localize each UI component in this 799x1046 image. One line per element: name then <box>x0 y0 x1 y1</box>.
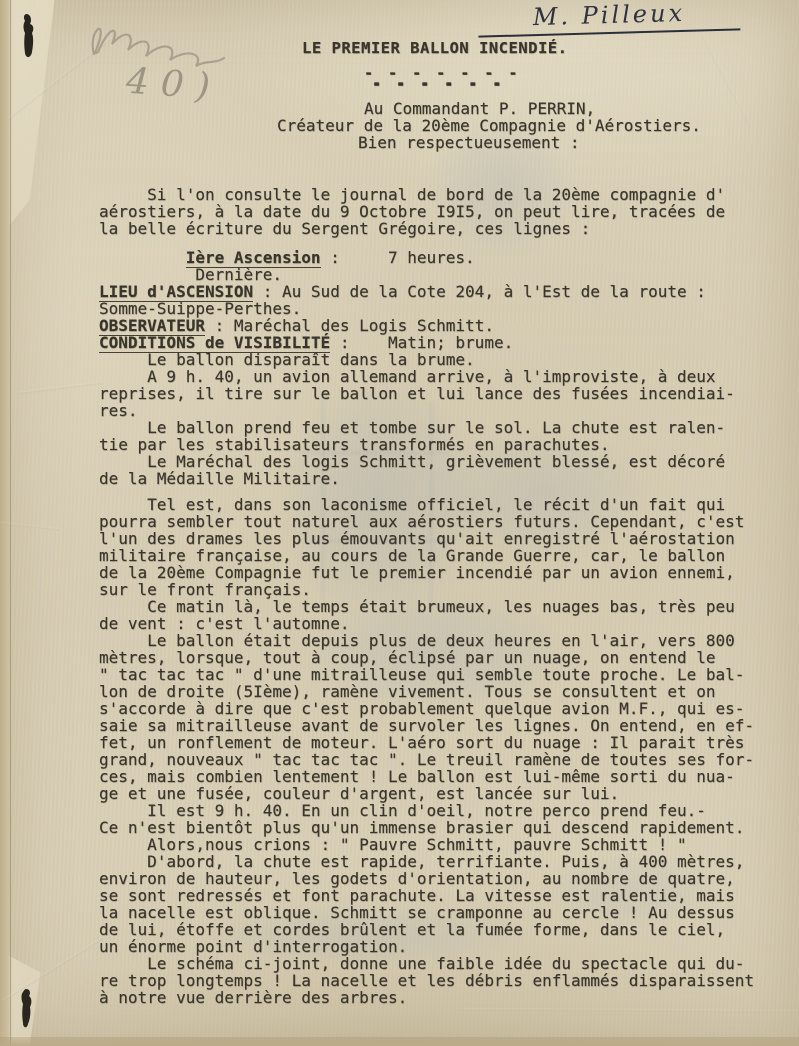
typed-line: grand, nouveaux " tac tac tac ". Le treu… <box>99 751 754 768</box>
typed-line: de lui, étoffe et cordes brûlent et la f… <box>99 921 754 938</box>
typed-line: ces, mais combien lentement ! Le ballon … <box>99 768 754 785</box>
typed-line: Le Maréchal des logis Schmitt, grièvemen… <box>99 453 754 470</box>
typed-line: ge et une fusée, couleur d'argent, est l… <box>99 785 754 802</box>
scanned-letter-page: 40) M. Pilleux LE PREMIER BALLON INCENDI… <box>0 0 799 1046</box>
paper-crease <box>18 382 103 394</box>
typed-line: l'un des drames les plus émouvants qu'ai… <box>99 530 754 547</box>
dedication-line: Bien respectueusement : <box>0 134 701 151</box>
typed-line: A 9 h. 40, un avion allemand arrive, à l… <box>99 368 754 385</box>
typed-line: la belle écriture du Sergent Grégoire, c… <box>99 220 754 237</box>
typed-line: militaire française, au cours de la Gran… <box>99 547 754 564</box>
dedication-line: Au Commandant P. PERRIN, <box>0 100 701 117</box>
typed-line: de la 20ème Compagnie fut le premier inc… <box>99 564 754 581</box>
paper-crease <box>460 1008 799 1012</box>
typed-line: environ de hauteur, les godets d'orienta… <box>99 870 754 887</box>
typed-line: re trop longtemps ! La nacelle et les dé… <box>99 972 754 989</box>
typed-line: saie sa mitrailleuse avant de survoler l… <box>99 717 754 734</box>
typed-line: Il est 9 h. 40. En un clin d'oeil, notre… <box>99 802 754 819</box>
typed-line: Tel est, dans son laconisme officiel, le… <box>99 496 754 513</box>
typed-line: Ce matin là, le temps était brumeux, les… <box>99 598 754 615</box>
typed-line: de vent : c'est l'automne. <box>99 615 754 632</box>
typed-line: Dernière. <box>99 266 754 283</box>
typed-line: Le ballon disparaît dans la brume. <box>99 351 754 368</box>
typed-line: de la Médaille Militaire. <box>99 470 754 487</box>
ink-blot-top-left <box>18 12 42 68</box>
document-title: LE PREMIER BALLON INCENDIÉ. <box>302 39 567 57</box>
typed-line: Si l'on consulte le journal de bord de l… <box>99 186 754 203</box>
typed-line: mètres, lorsque, tout à coup, éclipsé pa… <box>99 649 754 666</box>
typed-line: Le ballon était depuis plus de deux heur… <box>99 632 754 649</box>
typed-line: LIEU d'ASCENSION : Au Sud de la Cote 204… <box>99 283 754 300</box>
typed-line: Alors,nous crions : " Pauvre Schmitt, pa… <box>99 836 754 853</box>
typed-line: res. <box>99 402 754 419</box>
typed-line: reprises, il tire sur le ballon et lui l… <box>99 385 754 402</box>
separator-row: - - - - - - <box>372 76 520 91</box>
dedication-block: Au Commandant P. PERRIN,Créateur de la 2… <box>0 100 701 151</box>
typed-body: Si l'on consulte le journal de bord de l… <box>99 186 754 1006</box>
typed-line: à notre vue derrière des arbres. <box>99 989 754 1006</box>
typed-line: Ière Ascension : 7 heures. <box>99 249 754 266</box>
typed-line: D'abord, la chute est rapide, terrifiant… <box>99 853 754 870</box>
dashed-separator: - - - - - - - - - - - - - <box>364 68 520 88</box>
typed-line: s'accorde à dire que c'est probablement … <box>99 700 754 717</box>
typed-line: " tac tac tac " d'une mitrailleuse qui s… <box>99 666 754 683</box>
typed-line: fet, un ronflement de moteur. L'aéro sor… <box>99 734 754 751</box>
typed-line: se sont redressés et font parachute. La … <box>99 887 754 904</box>
ink-blot-bottom-left <box>16 988 38 1030</box>
typed-line: tie par les stabilisateurs transformés e… <box>99 436 754 453</box>
typed-line: aérostiers, à la date du 9 Octobre I9I5,… <box>99 203 754 220</box>
typed-line: pourra sembler tout naturel aux aérostie… <box>99 513 754 530</box>
typed-line: un énorme point d'interrogation. <box>99 938 754 955</box>
typed-line: lon de droite (5Ième), ramène vivement. … <box>99 683 754 700</box>
typed-line: Ce n'est bientôt plus qu'un immense bras… <box>99 819 754 836</box>
typed-line: Somme-Suippe-Perthes. <box>99 300 754 317</box>
typed-line: Le schéma ci-joint, donne une faible idé… <box>99 955 754 972</box>
typed-line: CONDITIONS de VISIBILITÉ : Matin; brume. <box>99 334 754 351</box>
dedication-line: Créateur de la 20ème Compagnie d'Aérosti… <box>0 117 701 134</box>
paper-crease <box>699 31 752 129</box>
page-bottom-edge <box>0 1037 799 1046</box>
typed-line: sur le front français. <box>99 581 754 598</box>
typed-line: Le ballon prend feu et tombe sur le sol.… <box>99 419 754 436</box>
typed-line: OBSERVATEUR : Maréchal des Logis Schmitt… <box>99 317 754 334</box>
typed-line: la nacelle est oblique. Schmitt se cramp… <box>99 904 754 921</box>
